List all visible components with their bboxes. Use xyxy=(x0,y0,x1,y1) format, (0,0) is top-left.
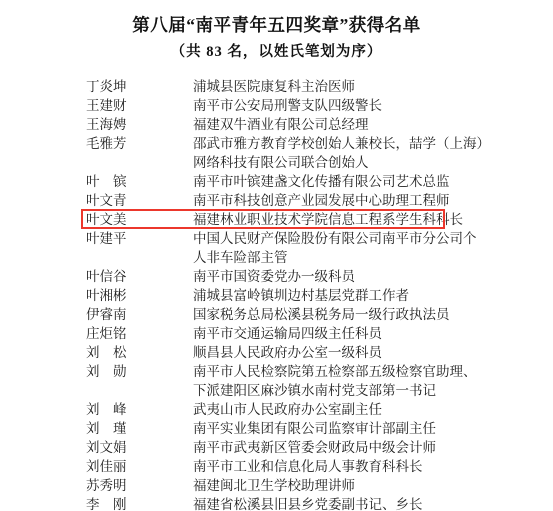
winner-affiliation: 南平市国资委党办一级科员 xyxy=(193,267,484,286)
list-row: 叶 镔 南平市叶镔建盏文化传播有限公司艺术总监 xyxy=(86,172,484,191)
winner-name: 叶文青 xyxy=(86,191,193,210)
winner-name: 刘文娟 xyxy=(86,438,193,457)
winner-affiliation: 中国人民财产保险股份有限公司南平市分公司个人非车险部主管 xyxy=(193,229,484,267)
winner-name: 叶文美 xyxy=(86,210,193,229)
document-page: 第八届“南平青年五四奖章”获得名单 （共 83 名，以姓氏笔划为序） 丁炎坤 浦… xyxy=(0,0,553,511)
list-row: 王海娉 福建双牛酒业有限公司总经理 xyxy=(86,115,484,134)
winner-name: 王海娉 xyxy=(86,115,193,134)
winner-affiliation: 邵武市雅方教育学校创始人兼校长，喆学（上海）网络科技有限公司联合创始人 xyxy=(193,134,484,172)
winner-name: 刘 松 xyxy=(86,343,193,362)
list-row: 叶信谷 南平市国资委党办一级科员 xyxy=(86,267,484,286)
winner-name: 苏秀明 xyxy=(86,476,193,495)
winner-affiliation: 南平市叶镔建盏文化传播有限公司艺术总监 xyxy=(193,172,484,191)
winner-name: 刘佳丽 xyxy=(86,457,193,476)
winner-name: 叶 镔 xyxy=(86,172,193,191)
list-row: 刘 瑾 南平实业集团有限公司监察审计部副主任 xyxy=(86,419,484,438)
winner-name: 丁炎坤 xyxy=(86,77,193,96)
list-row: 苏秀明 福建闽北卫生学校助理讲师 xyxy=(86,476,484,495)
winner-affiliation: 顺昌县人民政府办公室一级科员 xyxy=(193,343,484,362)
list-row: 刘 勋 南平市人民检察院第五检察部五级检察官助理、下派建阳区麻沙镇水南村党支部第… xyxy=(86,362,484,400)
winner-affiliation: 南平市交通运输局四级主任科员 xyxy=(193,324,484,343)
winner-name: 伊睿南 xyxy=(86,305,193,324)
winner-affiliation: 国家税务总局松溪县税务局一级行政执法员 xyxy=(193,305,484,324)
list-row: 王建财 南平市公安局刑警支队四级警长 xyxy=(86,96,484,115)
list-row: 刘 峰 武夷山市人民政府办公室副主任 xyxy=(86,400,484,419)
winner-name: 庄炬铭 xyxy=(86,324,193,343)
winner-name: 叶建平 xyxy=(86,229,193,267)
winner-name: 毛雅芳 xyxy=(86,134,193,172)
winners-list: 丁炎坤 浦城县医院康复科主治医师 王建财 南平市公安局刑警支队四级警长 王海娉 … xyxy=(86,77,484,511)
winner-affiliation: 浦城县富岭镇圳边村基层党群工作者 xyxy=(193,286,484,305)
winner-affiliation: 浦城县医院康复科主治医师 xyxy=(193,77,484,96)
list-row: 刘 松 顺昌县人民政府办公室一级科员 xyxy=(86,343,484,362)
document-subtitle: （共 83 名，以姓氏笔划为序） xyxy=(0,40,553,61)
winner-name: 叶湘彬 xyxy=(86,286,193,305)
winner-affiliation: 南平市工业和信息化局人事教育科科长 xyxy=(193,457,484,476)
winner-affiliation: 南平市武夷新区管委会财政局中级会计师 xyxy=(193,438,484,457)
winner-affiliation: 南平实业集团有限公司监察审计部副主任 xyxy=(193,419,484,438)
document-title: 第八届“南平青年五四奖章”获得名单 xyxy=(0,12,553,37)
list-row: 叶文青 南平市科技创意产业园发展中心助理工程师 xyxy=(86,191,484,210)
winner-affiliation: 武夷山市人民政府办公室副主任 xyxy=(193,400,484,419)
list-row: 庄炬铭 南平市交通运输局四级主任科员 xyxy=(86,324,484,343)
list-row: 刘佳丽 南平市工业和信息化局人事教育科科长 xyxy=(86,457,484,476)
winner-affiliation: 福建闽北卫生学校助理讲师 xyxy=(193,476,484,495)
winner-name: 叶信谷 xyxy=(86,267,193,286)
winner-name: 李 刚 xyxy=(86,495,193,511)
list-row: 丁炎坤 浦城县医院康复科主治医师 xyxy=(86,77,484,96)
list-row: 叶湘彬 浦城县富岭镇圳边村基层党群工作者 xyxy=(86,286,484,305)
list-row: 李 刚 福建省松溪县旧县乡党委副书记、乡长 xyxy=(86,495,484,511)
winner-affiliation: 福建双牛酒业有限公司总经理 xyxy=(193,115,484,134)
winner-affiliation: 南平市公安局刑警支队四级警长 xyxy=(193,96,484,115)
winner-affiliation: 福建林业职业技术学院信息工程系学生科科长 xyxy=(193,210,484,229)
winner-name: 王建财 xyxy=(86,96,193,115)
winner-affiliation: 南平市科技创意产业园发展中心助理工程师 xyxy=(193,191,484,210)
list-row: 毛雅芳 邵武市雅方教育学校创始人兼校长，喆学（上海）网络科技有限公司联合创始人 xyxy=(86,134,484,172)
winner-name: 刘 瑾 xyxy=(86,419,193,438)
winner-affiliation: 福建省松溪县旧县乡党委副书记、乡长 xyxy=(193,495,484,511)
winner-name: 刘 勋 xyxy=(86,362,193,400)
winner-affiliation: 南平市人民检察院第五检察部五级检察官助理、下派建阳区麻沙镇水南村党支部第一书记 xyxy=(193,362,484,400)
list-row: 叶文美 福建林业职业技术学院信息工程系学生科科长 xyxy=(86,210,484,229)
list-row: 叶建平 中国人民财产保险股份有限公司南平市分公司个人非车险部主管 xyxy=(86,229,484,267)
list-row: 刘文娟 南平市武夷新区管委会财政局中级会计师 xyxy=(86,438,484,457)
list-row: 伊睿南 国家税务总局松溪县税务局一级行政执法员 xyxy=(86,305,484,324)
winner-name: 刘 峰 xyxy=(86,400,193,419)
